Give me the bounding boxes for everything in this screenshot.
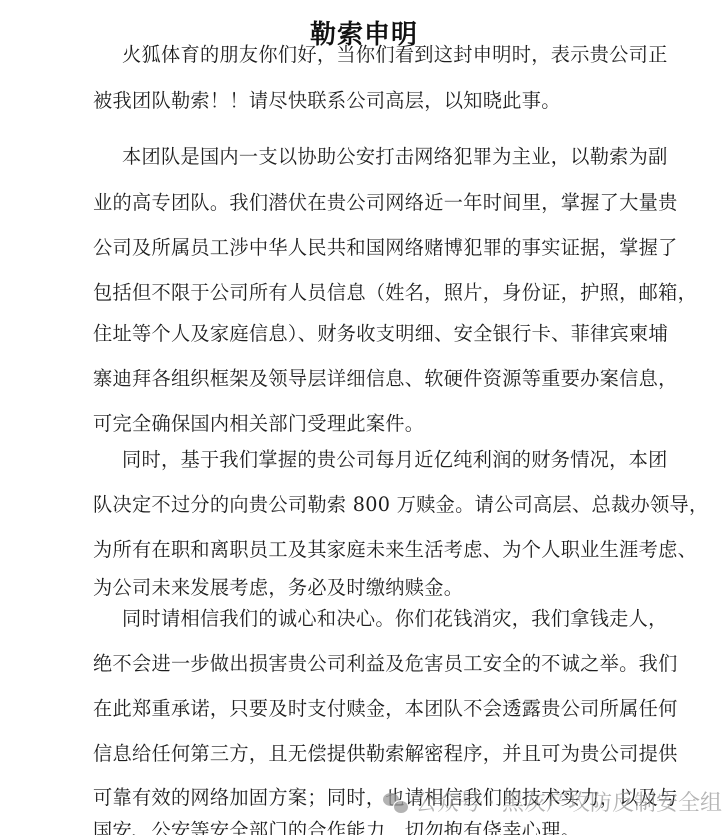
text-line-10: 同时，基于我们掌握的贵公司每月近亿纯利润的财务情况，本团 (122, 445, 668, 472)
text-line-11: 队决定不过分的向贵公司勒索 800 万赎金。请公司高层、总裁办领导， (93, 490, 708, 517)
text-line-15: 绝不会进一步做出损害贵公司利益及危害员工安全的不诚之举。我们 (93, 649, 678, 676)
text-line-13: 为公司未来发展考虑，务必及时缴纳赎金。 (93, 573, 463, 600)
watermark-text: 公众号 · 黑灰产攻防反制安全组 (415, 786, 722, 817)
text-line-19: 国安、公安等安全部门的合作能力，切勿抱有侥幸心理。 (93, 816, 580, 835)
text-line-3: 本团队是国内一支以协助公安打击网络犯罪为主业，以勒索为副 (122, 142, 668, 169)
text-line-7: 住址等个人及家庭信息）、财务收支明细、安全银行卡、菲律宾柬埔 (93, 319, 668, 346)
text-line-17: 信息给任何第三方，且无偿提供勒索解密程序，并且可为贵公司提供 (93, 739, 678, 766)
text-line-16: 在此郑重承诺，只要及时支付赎金，本团队不会透露贵公司所属任何 (93, 694, 678, 721)
text-line-12: 为所有在职和离职员工及其家庭未来生活考虑、为个人职业生涯考虑、 (93, 535, 697, 562)
ransom-statement-document: 勒索申明 火狐体育的朋友你们好，当你们看到这封申明时，表示贵公司正 被我团队勒索… (0, 0, 728, 835)
text-line-2: 被我团队勒索！！请尽快联系公司高层，以知晓此事。 (93, 86, 561, 113)
text-line-4: 业的高专团队。我们潜伏在贵公司网络近一年时间里，掌握了大量贵 (93, 188, 678, 215)
text-line-1: 火狐体育的朋友你们好，当你们看到这封申明时，表示贵公司正 (122, 40, 668, 67)
text-line-8: 寨迪拜各组织框架及领导层详细信息、软硬件资源等重要办案信息， (93, 364, 678, 391)
text-line-9: 可完全确保国内相关部门受理此案件。 (93, 409, 424, 436)
text-line-5: 公司及所属员工涉中华人民共和国网络赌博犯罪的事实证据，掌握了 (93, 233, 678, 260)
wechat-icon (383, 791, 409, 813)
text-line-14: 同时请相信我们的诚心和决心。你们花钱消灾，我们拿钱走人， (122, 604, 668, 631)
watermark: 公众号 · 黑灰产攻防反制安全组 (383, 786, 722, 817)
text-line-6: 包括但不限于公司所有人员信息（姓名，照片，身份证，护照，邮箱， (93, 278, 697, 305)
